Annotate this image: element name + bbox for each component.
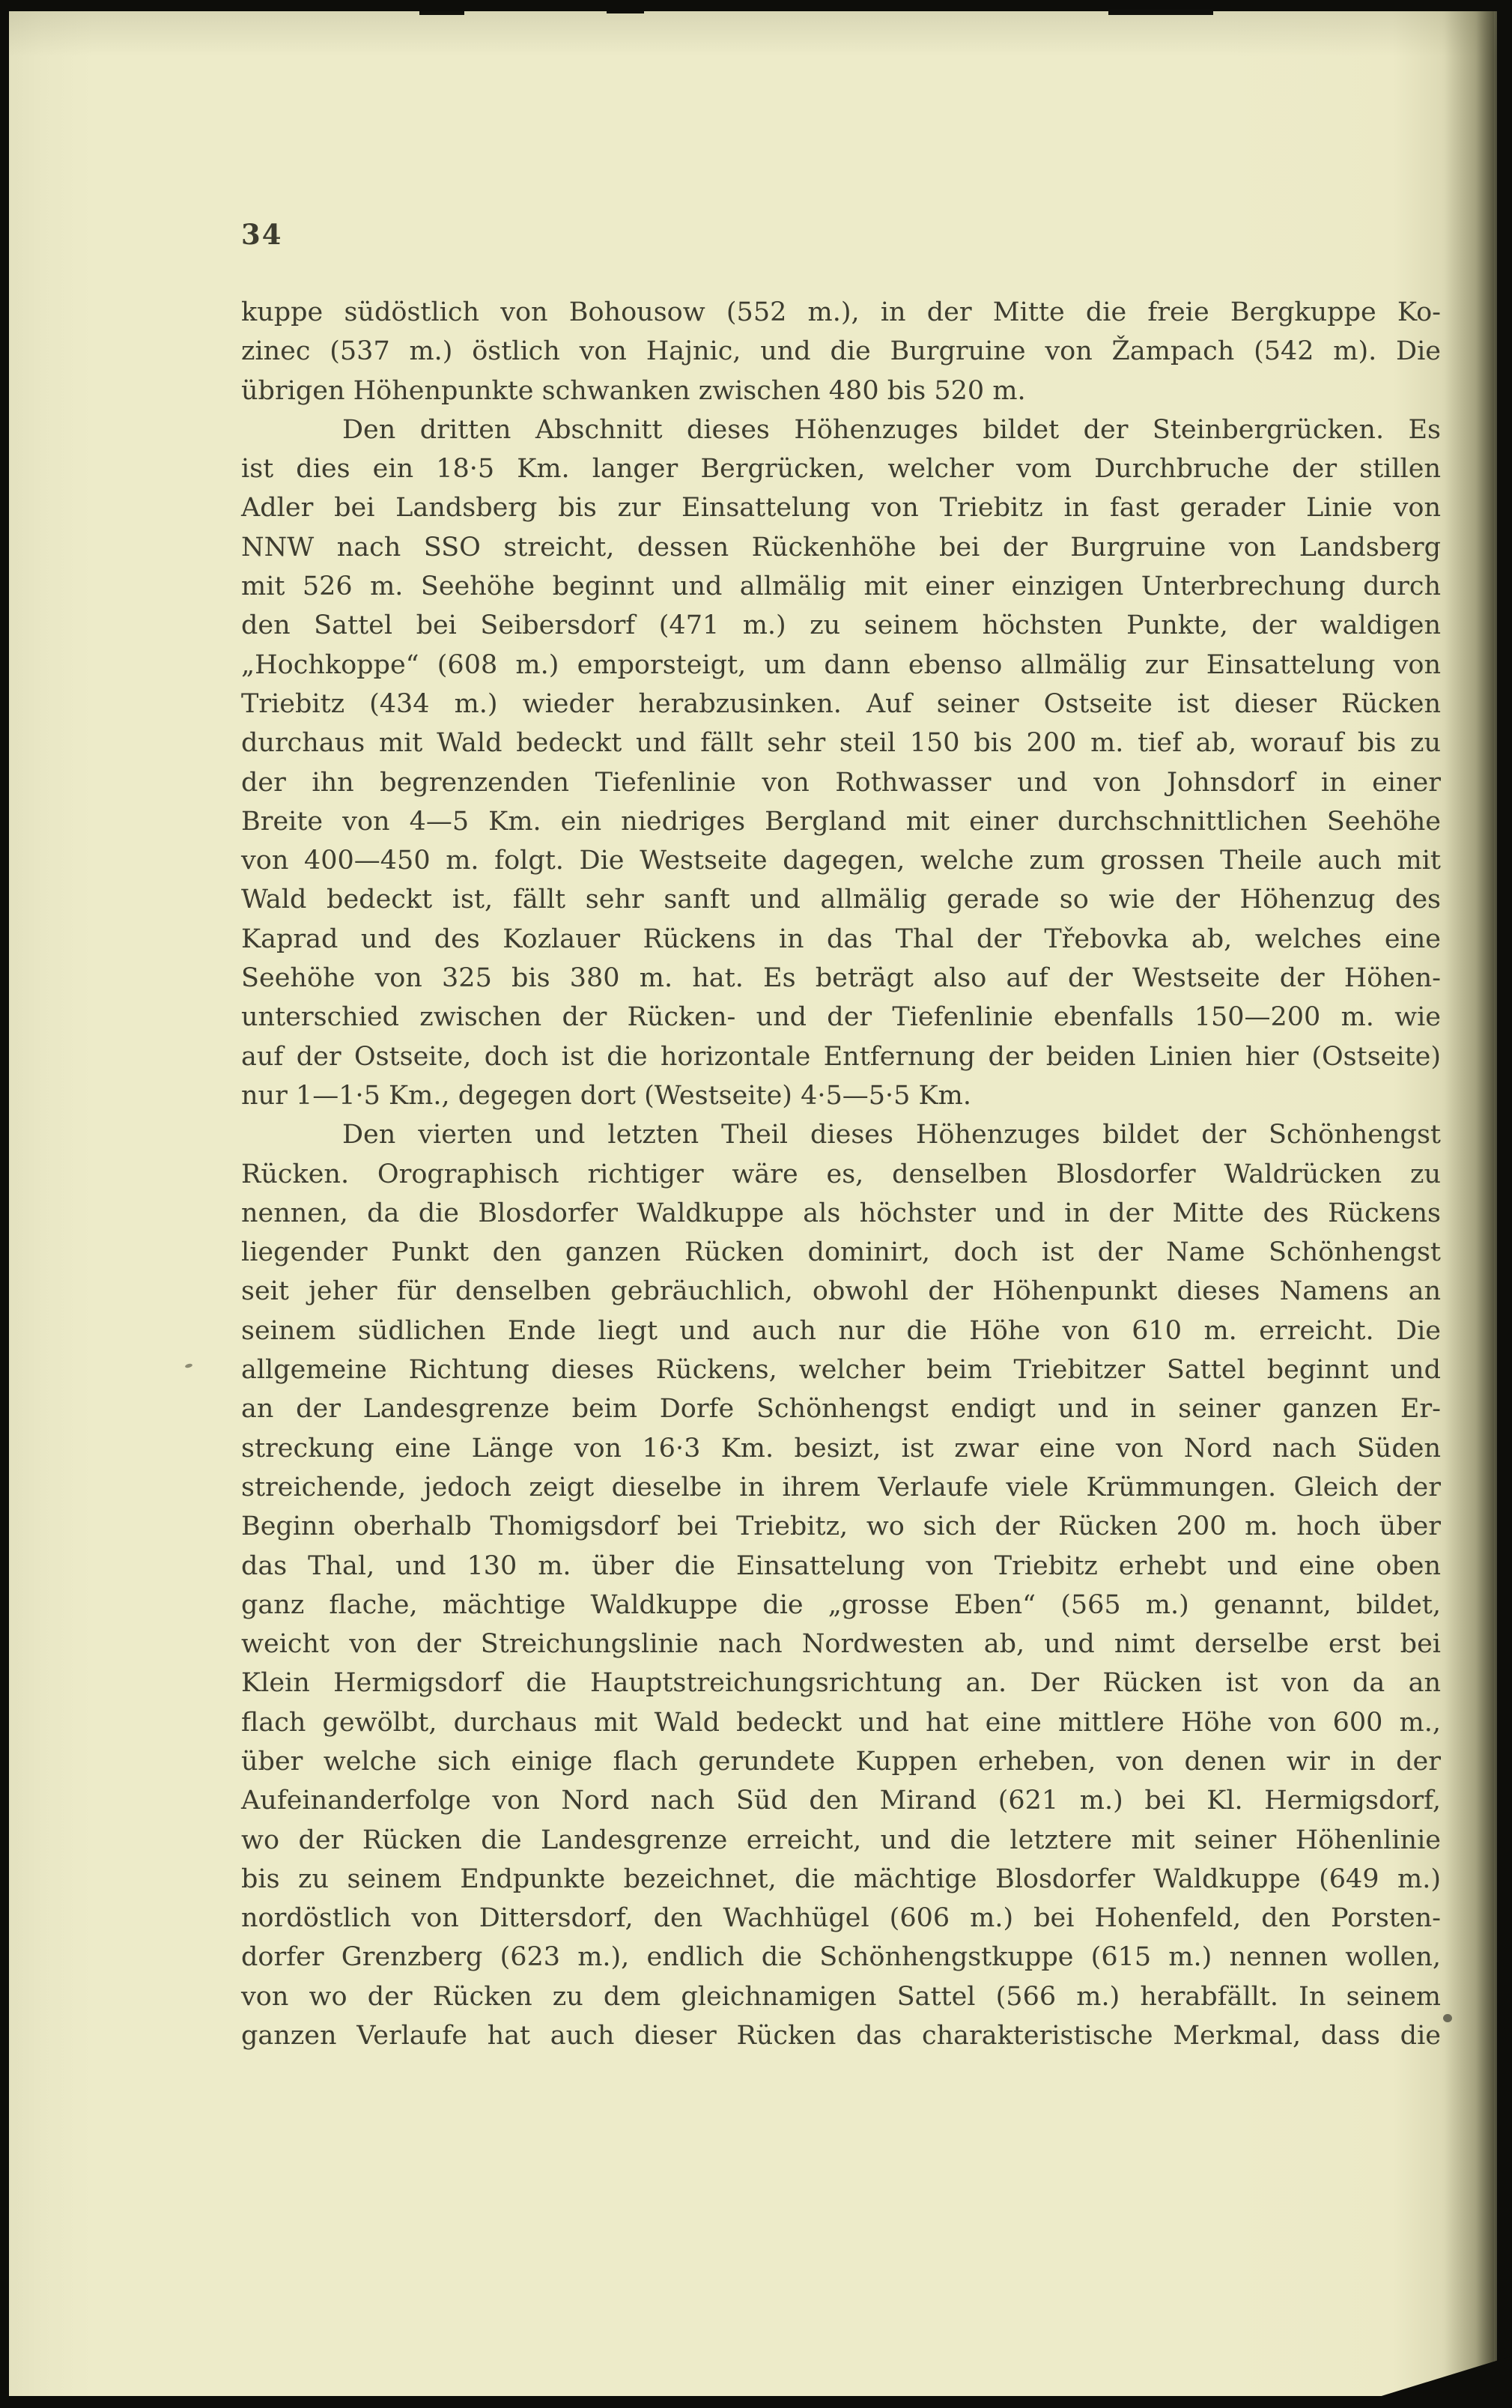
text-line: „Hochkoppe“ (608 m.) emporsteigt, um dan… (241, 646, 1441, 685)
page-edge-crease-shadow (1442, 11, 1494, 2396)
text-line: übrigen Höhenpunkte schwanken zwischen 4… (241, 371, 1441, 410)
text-line: Seehöhe von 325 bis 380 m. hat. Es beträ… (241, 959, 1441, 998)
text-line: ganzen Verlaufe hat auch dieser Rücken d… (241, 2016, 1441, 2055)
text-line: zinec (537 m.) östlich von Hajnic, und d… (241, 332, 1441, 371)
text-line: Kaprad und des Kozlauer Rückens in das T… (241, 920, 1441, 959)
text-line: weicht von der Streichungslinie nach Nor… (241, 1625, 1441, 1664)
text-line: streckung eine Länge von 16·3 Km. besizt… (241, 1429, 1441, 1468)
text-line: Klein Hermigsdorf die Hauptstreichungsri… (241, 1664, 1441, 1702)
scan-border-right (1497, 0, 1512, 2408)
text-line: durchaus mit Wald bedeckt und fällt sehr… (241, 724, 1441, 762)
text-line: ist dies ein 18·5 Km. langer Bergrücken,… (241, 449, 1441, 488)
text-line: allgemeine Richtung dieses Rückens, welc… (241, 1350, 1441, 1389)
text-line: nennen, da die Blosdorfer Waldkuppe als … (241, 1194, 1441, 1233)
text-line: Wald bedeckt ist, fällt sehr sanft und a… (241, 880, 1441, 919)
text-line: bis zu seinem Endpunkte bezeichnet, die … (241, 1860, 1441, 1899)
text-line: mit 526 m. Seehöhe beginnt und allmälig … (241, 567, 1441, 606)
scan-border-bottom (0, 2396, 1512, 2408)
text-line: unterschied zwischen der Rücken- und der… (241, 998, 1441, 1037)
text-line: Triebitz (434 m.) wieder herabzusinken. … (241, 685, 1441, 724)
text-line: Breite von 4—5 Km. ein niedriges Berglan… (241, 802, 1441, 841)
text-line: Aufeinanderfolge von Nord nach Süd den M… (241, 1781, 1441, 1820)
text-line: wo der Rücken die Landesgrenze erreicht,… (241, 1821, 1441, 1860)
text-line: seit jeher für denselben gebräuchlich, o… (241, 1272, 1441, 1311)
text-line: nordöstlich von Dittersdorf, den Wachhüg… (241, 1899, 1441, 1938)
text-line: Beginn oberhalb Thomigsdorf bei Triebitz… (241, 1507, 1441, 1546)
text-line: auf der Ostseite, doch ist die horizonta… (241, 1037, 1441, 1076)
text-line: flach gewölbt, durchaus mit Wald bedeckt… (241, 1703, 1441, 1742)
text-line: liegender Punkt den ganzen Rücken domini… (241, 1233, 1441, 1272)
scan-border-notch (607, 11, 644, 13)
text-line: über welche sich einige flach gerundete … (241, 1742, 1441, 1781)
text-line: Den dritten Abschnitt dieses Höhenzuges … (241, 410, 1441, 449)
text-line: der ihn begrenzenden Tiefenlinie von Rot… (241, 763, 1441, 802)
text-line: von wo der Rücken zu dem gleichnamigen S… (241, 1977, 1441, 2016)
text-block: kuppe südöstlich von Bohousow (552 m.), … (241, 293, 1441, 2055)
text-line: nur 1—1·5 Km., degegen dort (Westseite) … (241, 1076, 1441, 1115)
text-line: ganz flache, mächtige Waldkuppe die „gro… (241, 1586, 1441, 1625)
text-line: Rücken. Orographisch richtiger wäre es, … (241, 1155, 1441, 1194)
scan-border-notch (419, 11, 464, 15)
text-line: dorfer Grenzberg (623 m.), endlich die S… (241, 1938, 1441, 1977)
text-line: den Sattel bei Seibersdorf (471 m.) zu s… (241, 606, 1441, 645)
text-line: seinem südlichen Ende liegt und auch nur… (241, 1311, 1441, 1350)
text-line: NNW nach SSO streicht, dessen Rückenhöhe… (241, 528, 1441, 567)
text-line: kuppe südöstlich von Bohousow (552 m.), … (241, 293, 1441, 332)
text-line: streichende, jedoch zeigt dieselbe in ih… (241, 1468, 1441, 1507)
text-line: an der Landesgrenze beim Dorfe Schönheng… (241, 1389, 1441, 1428)
scan-border-notch (1108, 10, 1213, 15)
scan-border-top (0, 0, 1512, 11)
scan-border-left (0, 0, 9, 2408)
right-margin-ink-dot (1443, 2014, 1452, 2022)
text-line: Adler bei Landsberg bis zur Einsattelung… (241, 488, 1441, 527)
text-line: das Thal, und 130 m. über die Einsattelu… (241, 1547, 1441, 1586)
scanned-book-page: 34 kuppe südöstlich von Bohousow (552 m.… (0, 0, 1512, 2408)
text-line: Den vierten und letzten Theil dieses Höh… (241, 1115, 1441, 1154)
text-line: von 400—450 m. folgt. Die Westseite dage… (241, 841, 1441, 880)
page-number: 34 (241, 218, 283, 251)
